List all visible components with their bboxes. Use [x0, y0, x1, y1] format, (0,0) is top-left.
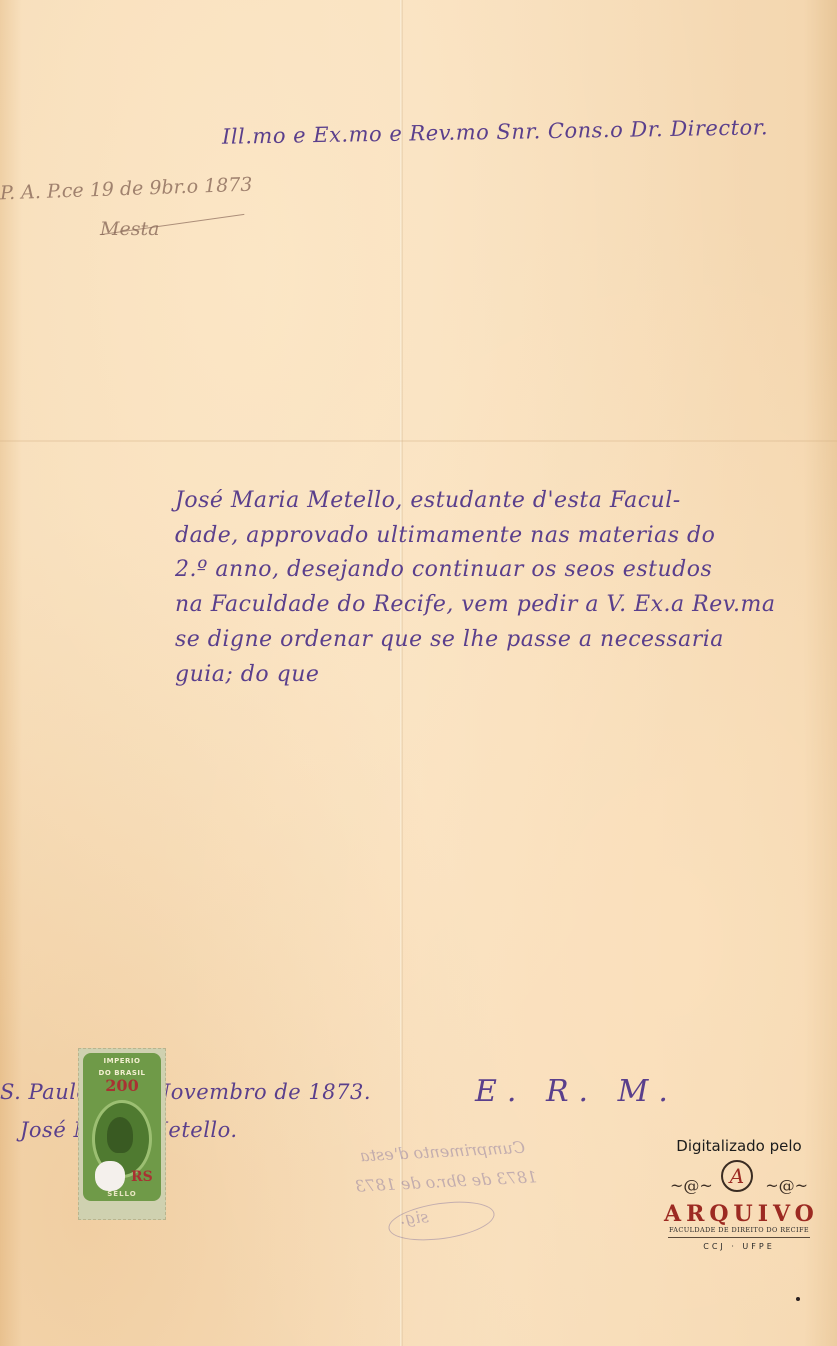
bleed-through-text: 1873 de 9br.o de 1873: [355, 1167, 538, 1196]
revenue-stamp: IMPERIO DO BRASIL 200 RS SELLO: [78, 1048, 166, 1220]
logo-title: ARQUIVO: [664, 1202, 814, 1226]
body-line: na Faculdade do Recife, vem pedir a V. E…: [175, 592, 776, 617]
bleed-through-text: Cumprimento d'esta: [360, 1138, 526, 1166]
header-address: Ill.mo e Ex.mo e Rev.mo Snr. Cons.o Dr. …: [222, 115, 768, 149]
logo-subtitle: FACULDADE DE DIREITO DO RECIFE: [668, 1226, 810, 1238]
stamp-value: 200: [105, 1078, 138, 1094]
stamp-punch-hole: [95, 1161, 125, 1191]
body-line: guia; do que: [175, 662, 319, 687]
emperor-portrait-icon: [107, 1117, 133, 1153]
document-page: Ill.mo e Ex.mo e Rev.mo Snr. Cons.o Dr. …: [0, 0, 837, 1346]
body-line: José Maria Metello, estudante d'esta Fac…: [175, 488, 681, 513]
logo-caption: Digitalizado pelo: [664, 1136, 814, 1156]
stamp-top-text-1: IMPERIO: [104, 1057, 141, 1065]
body-line: dade, approvado ultimamente nas materias…: [175, 523, 715, 548]
logo-institution: CCJ · UFPE: [664, 1242, 814, 1251]
body-line: 2.º anno, desejando continuar os seos es…: [175, 557, 712, 582]
ornament-emblem-icon: ~@~ A ~@~: [664, 1158, 814, 1202]
margin-note-signature: Mesta: [100, 218, 159, 240]
emblem-letter: A: [721, 1160, 753, 1192]
archive-watermark-logo: Digitalizado pelo ~@~ A ~@~ ARQUIVO FACU…: [664, 1136, 814, 1251]
margin-note-date: P. A. P.ce 19 de 9br.o 1873: [0, 174, 253, 205]
stamp-denomination: RS: [131, 1169, 153, 1185]
horizontal-fold-line: [0, 440, 837, 442]
closing-place-date: S. Paulo 1 de Novembro de 1873.: [0, 1080, 371, 1104]
closing-abbreviation: E. R. M.: [475, 1074, 678, 1109]
stamp-face: IMPERIO DO BRASIL 200 RS SELLO: [83, 1053, 161, 1201]
left-scroll-icon: ~@~: [670, 1176, 713, 1195]
ink-speck: [796, 1297, 800, 1301]
body-line: se digne ordenar que se lhe passe a nece…: [175, 627, 724, 652]
right-scroll-icon: ~@~: [765, 1176, 808, 1195]
stamp-bottom-text: SELLO: [107, 1190, 136, 1198]
